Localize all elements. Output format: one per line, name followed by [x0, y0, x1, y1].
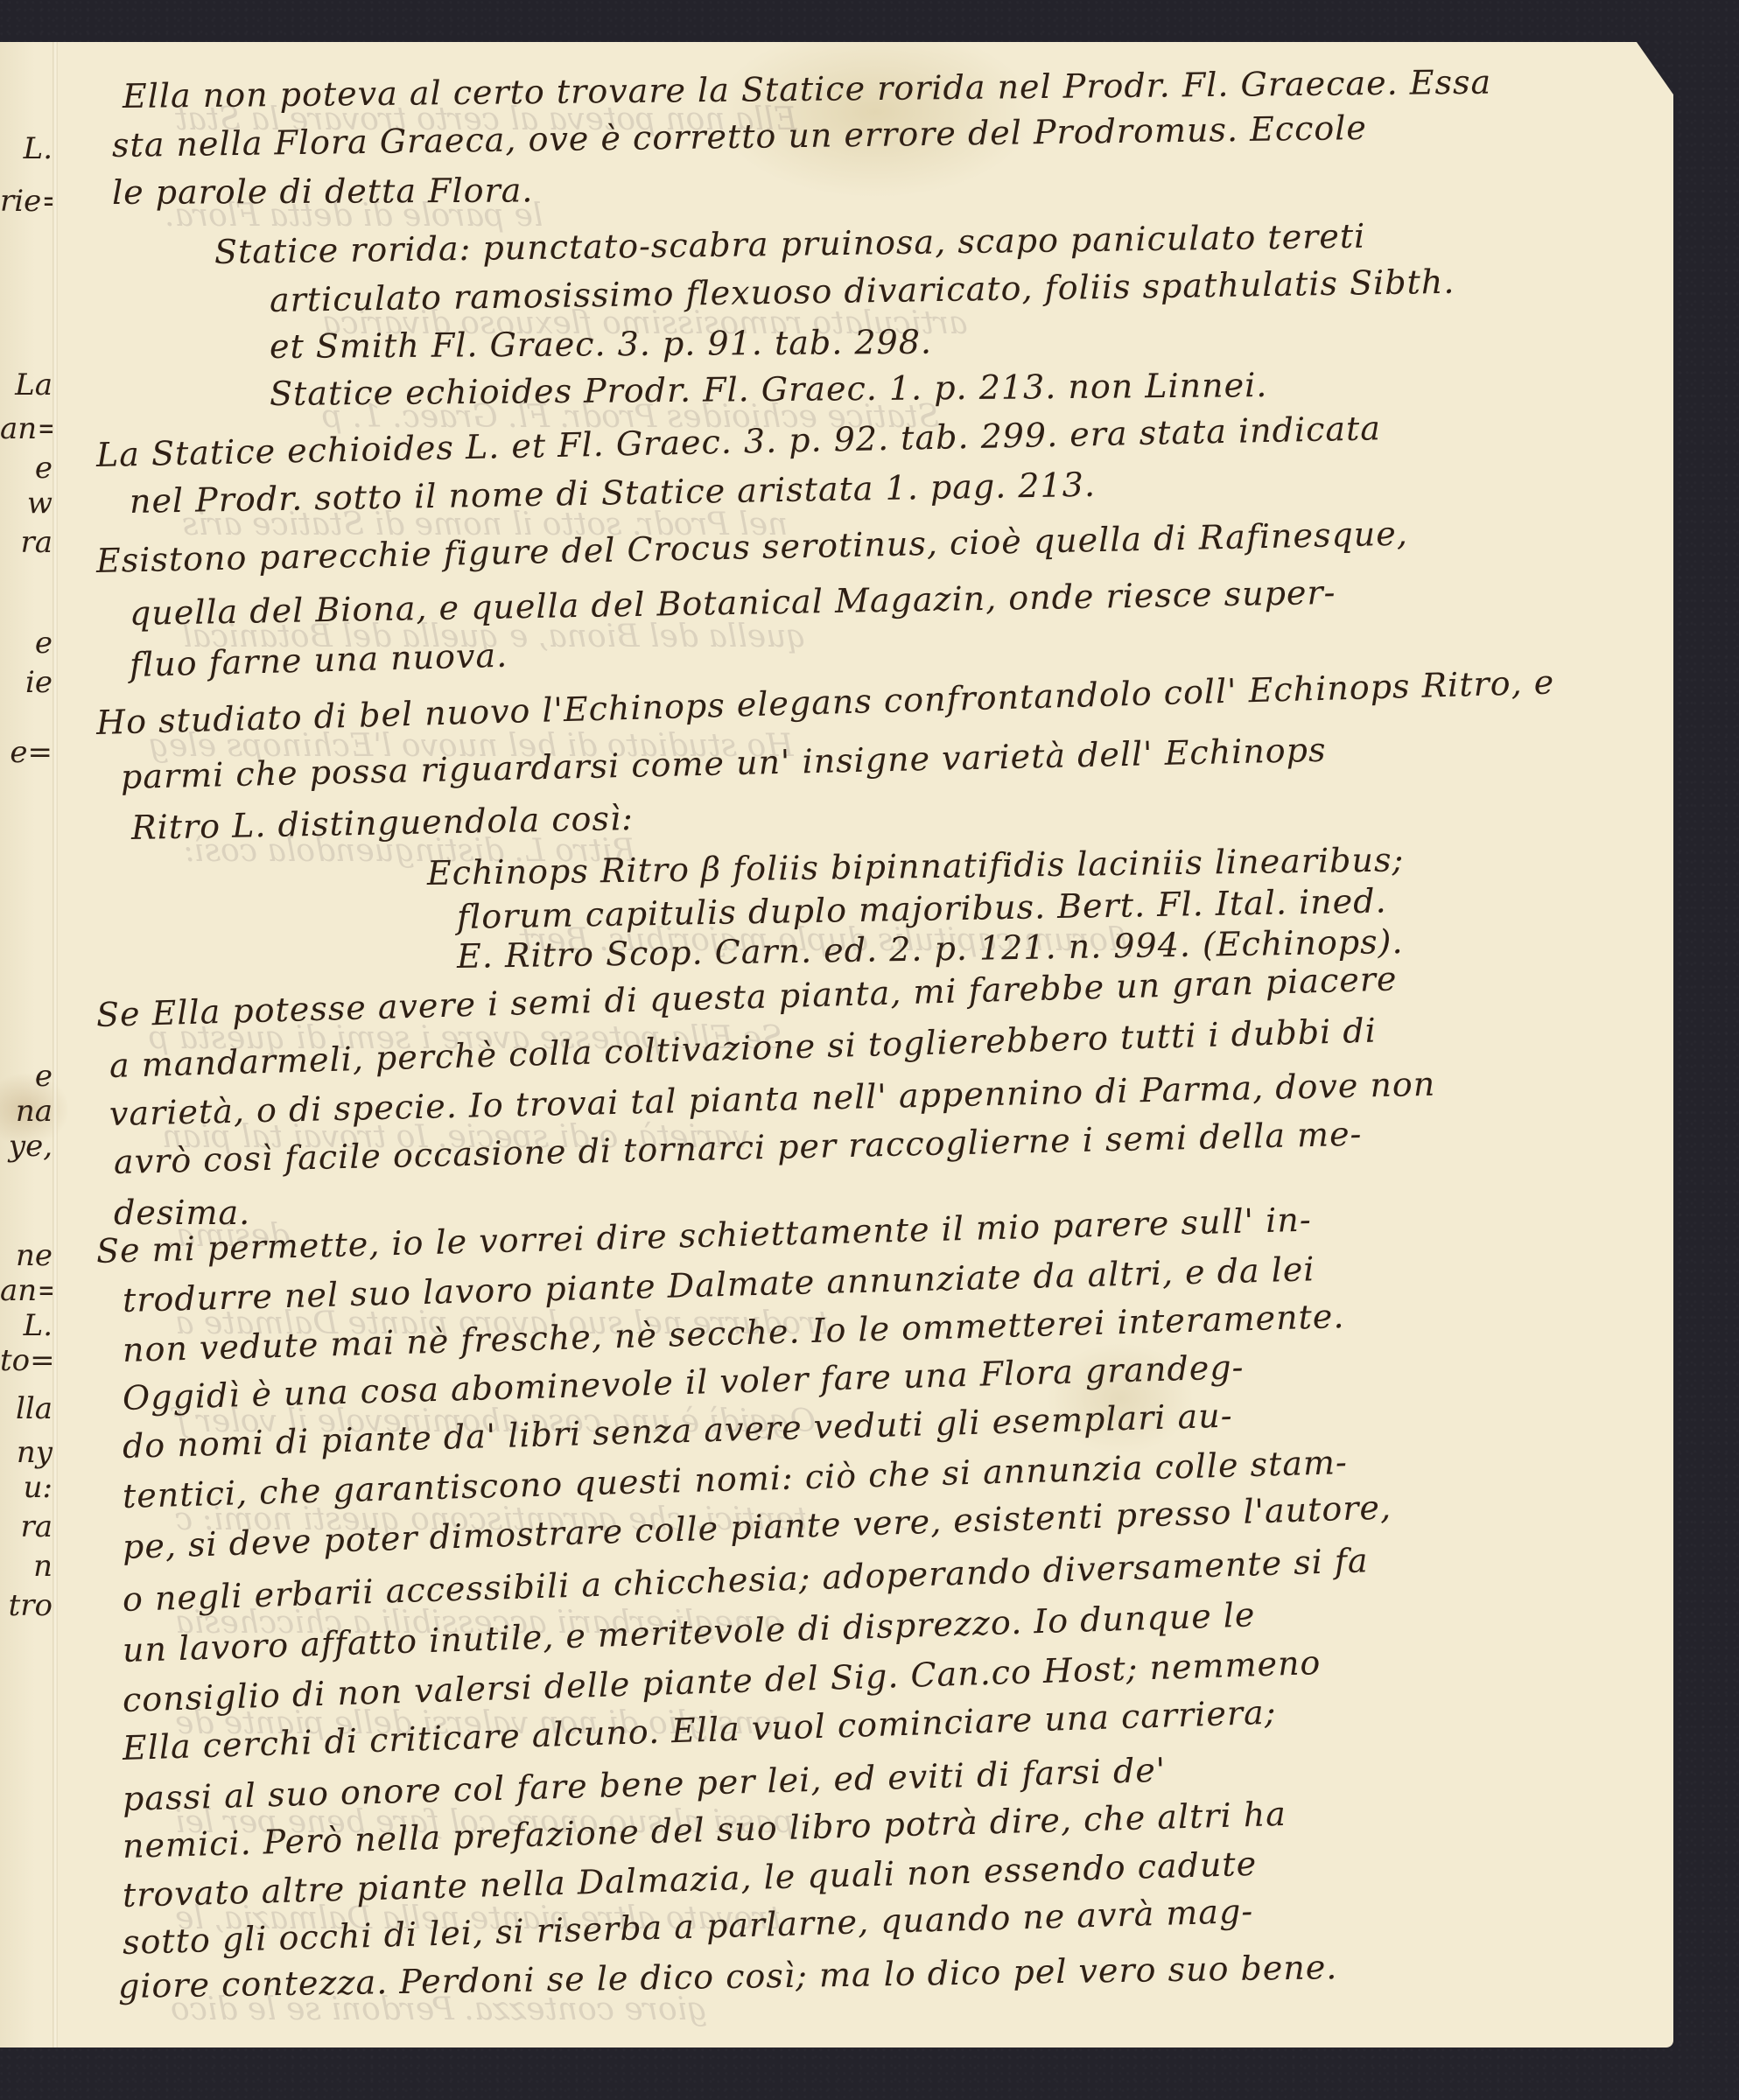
- margin-fragment: e: [0, 451, 53, 486]
- margin-fragment: to=: [0, 1343, 53, 1378]
- text-line: desima.: [114, 1193, 250, 1232]
- margin-fragment: La: [0, 367, 53, 402]
- margin-fragment: lla: [0, 1391, 53, 1426]
- margin-fragment: L.: [0, 131, 53, 166]
- margin-fragment: w: [0, 486, 53, 521]
- margin-fragment: e: [0, 626, 53, 661]
- margin-fragment: ra: [0, 525, 53, 560]
- margin-fragment: rie=: [0, 184, 53, 219]
- margin-fragment: an=: [0, 1273, 53, 1308]
- text-line: le parole di detta Flora.: [112, 171, 534, 212]
- margin-fragment: an=: [0, 411, 53, 446]
- margin-fragment: ie: [0, 665, 53, 700]
- margin-fragment: ne: [0, 1238, 53, 1273]
- margin-fragment: ye,: [0, 1129, 53, 1164]
- margin-fragment: L.: [0, 1308, 53, 1343]
- text-line: et Smith Fl. Graec. 3. p. 91. tab. 298.: [270, 323, 932, 366]
- page-fold: [53, 42, 58, 2047]
- margin-fragment: tro: [0, 1588, 53, 1623]
- margin-fragment: e=: [0, 735, 53, 770]
- margin-fragment: ra: [0, 1509, 53, 1544]
- margin-fragment: e: [0, 1059, 53, 1094]
- margin-fragment: ny: [0, 1435, 53, 1470]
- margin-fragment: na: [0, 1094, 53, 1129]
- margin-fragment: n: [0, 1549, 53, 1584]
- margin-fragment: u:: [0, 1470, 53, 1505]
